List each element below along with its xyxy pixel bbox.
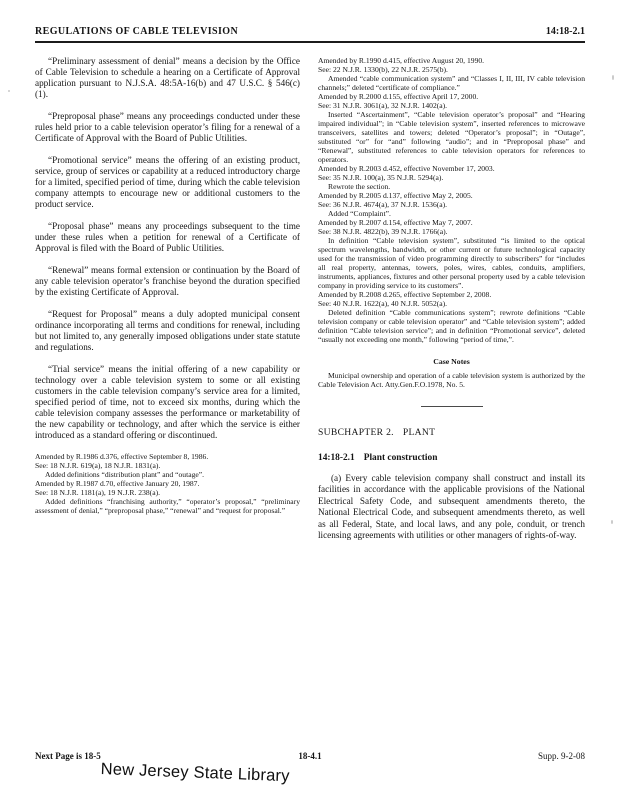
history-note: Rewrote the section. [318, 182, 585, 191]
left-column: “Preliminary assessment of denial” means… [35, 56, 300, 515]
history-line: Amended by R.1987 d.70, effective Januar… [35, 479, 300, 488]
definition-paragraph: “Promotional service” means the offering… [35, 155, 300, 210]
library-stamp: New Jersey State Library [100, 760, 290, 786]
section-title: Plant construction [364, 453, 438, 463]
history-note: Added definitions “distribution plant” a… [35, 470, 300, 479]
history-line: See: 18 N.J.R. 1181(a), 19 N.J.R. 238(a)… [35, 488, 300, 497]
history-line: Amended by R.1986 d.376, effective Septe… [35, 452, 300, 461]
footer-page-number: 18-4.1 [35, 751, 585, 761]
scan-speck [611, 520, 613, 524]
header-section-number: 14:18-2.1 [546, 26, 585, 37]
history-note: Added “Complaint”. [318, 209, 585, 218]
scan-speck [8, 90, 10, 92]
section-divider [421, 406, 483, 407]
page-header: REGULATIONS OF CABLE TELEVISION 14:18-2.… [35, 26, 585, 43]
subchapter-title: PLANT [403, 427, 435, 438]
footer-supplement: Supp. 9-2-08 [538, 751, 585, 761]
history-line: See: 38 N.J.R. 4822(b), 39 N.J.R. 1766(a… [318, 227, 585, 236]
case-note-text: Municipal ownership and operation of a c… [318, 371, 585, 389]
history-note: Deleted definition “Cable communications… [318, 308, 585, 344]
history-line: Amended by R.2003 d.452, effective Novem… [318, 164, 585, 173]
subchapter-label: SUBCHAPTER 2. [318, 427, 394, 438]
history-line: Amended by R.2007 d.154, effective May 7… [318, 218, 585, 227]
history-line: See: 40 N.J.R. 1622(a), 40 N.J.R. 5052(a… [318, 299, 585, 308]
definition-paragraph: “Renewal” means formal extension or cont… [35, 265, 300, 298]
history-note: Inserted “Ascertainment”, “Cable televis… [318, 110, 585, 164]
section-number: 14:18-2.1 [318, 453, 355, 463]
header-title: REGULATIONS OF CABLE TELEVISION [35, 26, 238, 37]
definition-paragraph: “Trial service” means the initial offeri… [35, 364, 300, 441]
case-notes-heading: Case Notes [318, 357, 585, 366]
amendment-history: Amended by R.1986 d.376, effective Septe… [35, 452, 300, 515]
history-note: In definition “Cable television system”,… [318, 236, 585, 290]
definition-paragraph: “Preproposal phase” means any proceeding… [35, 111, 300, 144]
history-line: Amended by R.2008 d.265, effective Septe… [318, 290, 585, 299]
section-heading: 14:18-2.1Plant construction [318, 453, 585, 463]
subchapter-heading: SUBCHAPTER 2.PLANT [318, 427, 585, 438]
history-line: Amended by R.1990 d.415, effective Augus… [318, 56, 585, 65]
history-note: Added definitions “franchising authority… [35, 497, 300, 515]
history-line: See: 36 N.J.R. 4674(a), 37 N.J.R. 1536(a… [318, 200, 585, 209]
definition-paragraph: “Preliminary assessment of denial” means… [35, 56, 300, 100]
history-note: Amended “cable communication system” and… [318, 74, 585, 92]
history-line: See: 22 N.J.R. 1330(b), 22 N.J.R. 2575(b… [318, 65, 585, 74]
definition-paragraph: “Request for Proposal” means a duly adop… [35, 309, 300, 353]
definition-paragraph: “Proposal phase” means any proceedings s… [35, 221, 300, 254]
right-column: Amended by R.1990 d.415, effective Augus… [318, 56, 585, 541]
history-line: See: 35 N.J.R. 100(a), 35 N.J.R. 5294(a)… [318, 173, 585, 182]
scan-speck [612, 75, 614, 80]
section-body: (a) Every cable television company shall… [318, 473, 585, 541]
document-page: REGULATIONS OF CABLE TELEVISION 14:18-2.… [0, 0, 619, 800]
history-line: See: 31 N.J.R. 3061(a), 32 N.J.R. 1402(a… [318, 101, 585, 110]
history-line: Amended by R.2005 d.137, effective May 2… [318, 191, 585, 200]
history-line: See: 18 N.J.R. 619(a), 18 N.J.R. 1831(a)… [35, 461, 300, 470]
history-line: Amended by R.2000 d.155, effective April… [318, 92, 585, 101]
